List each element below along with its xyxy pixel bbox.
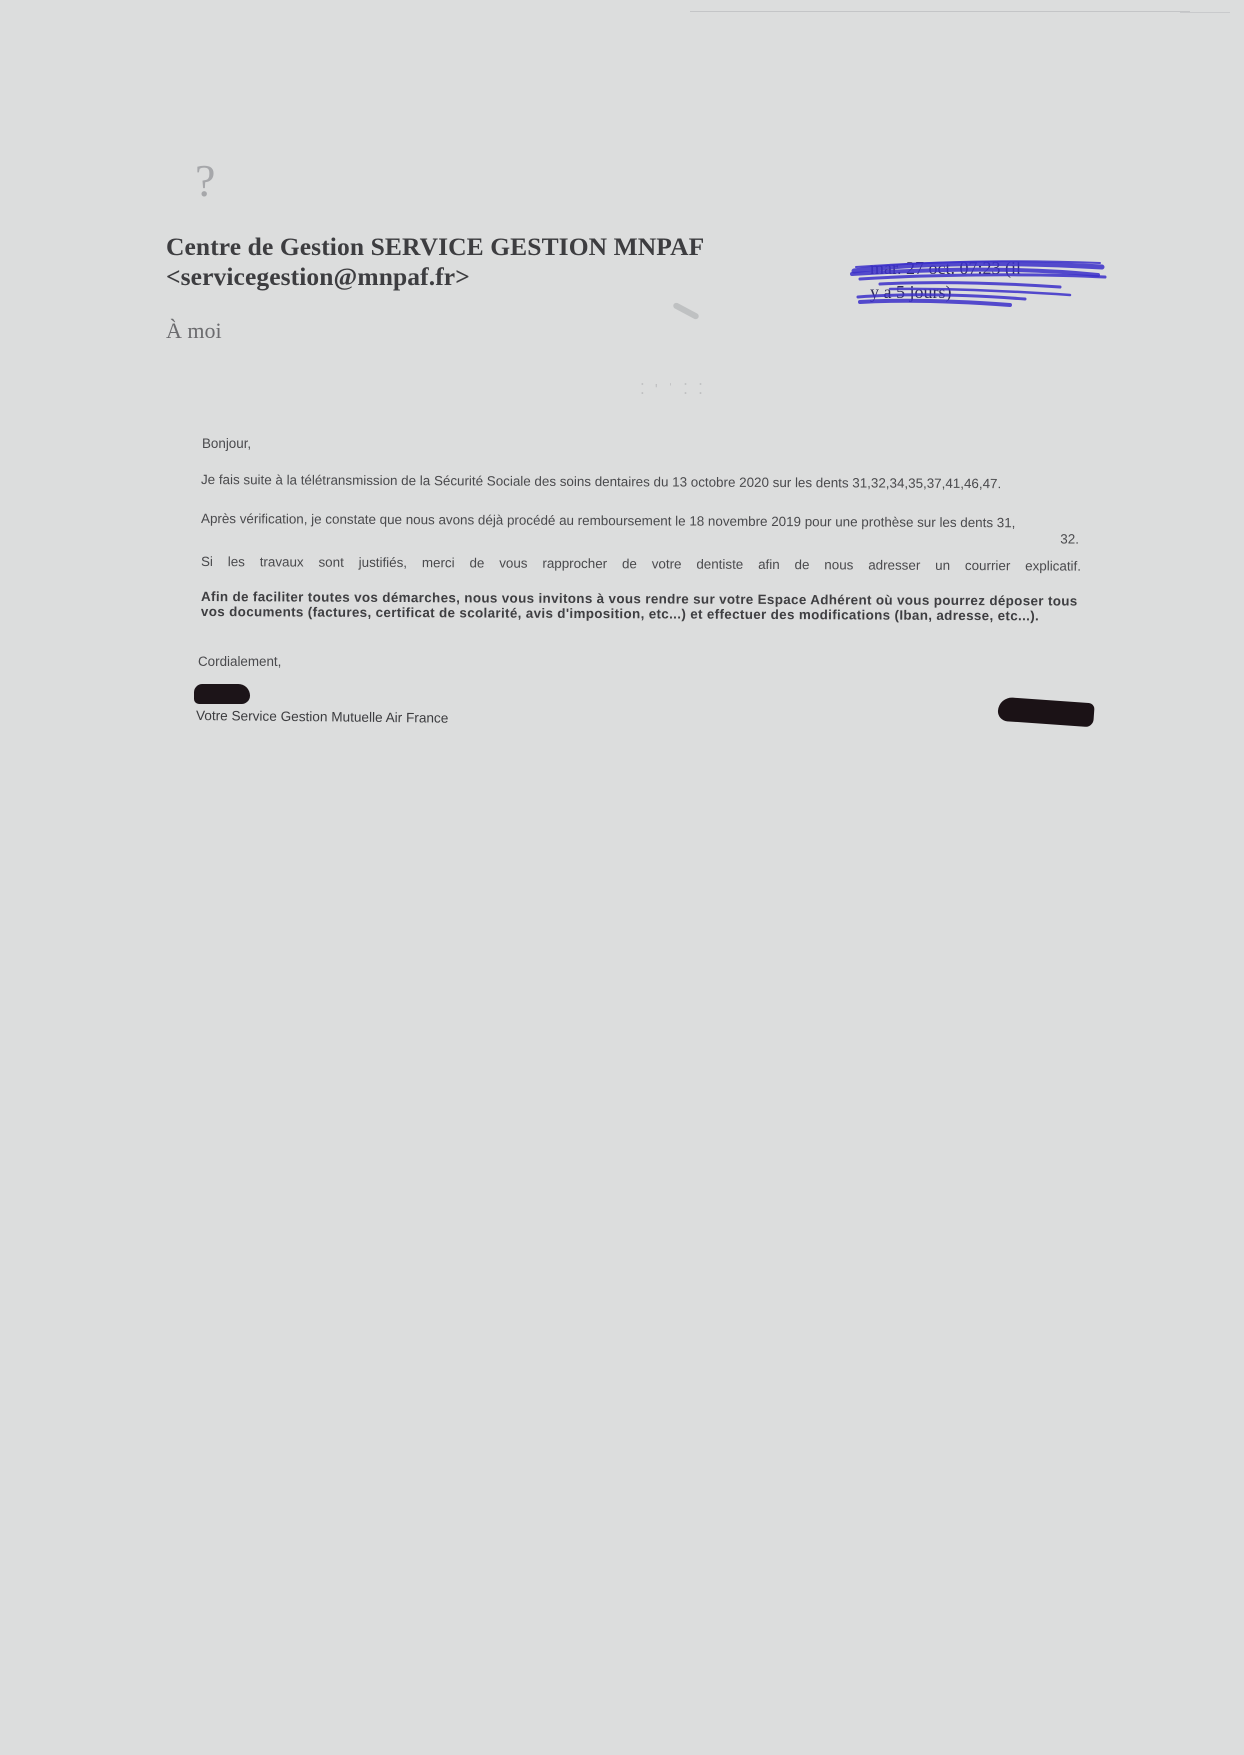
- sender-name: Centre de Gestion SERVICE GESTION MNPAF: [166, 232, 704, 262]
- scan-page-edge: [1180, 12, 1230, 13]
- paragraph-verification-tail: 32.: [201, 527, 1079, 548]
- paragraph-justification: Si les travaux sont justifiés, merci de …: [201, 554, 1081, 575]
- paragraph-teletransmission: Je fais suite à la télétransmission de l…: [201, 472, 1081, 493]
- paragraph-espace-adherent: Afin de faciliter toutes vos démarches, …: [201, 589, 1079, 624]
- redaction-scribble: [850, 255, 1110, 315]
- greeting: Bonjour,: [202, 436, 251, 452]
- sender-avatar-placeholder-icon: ?: [195, 158, 215, 204]
- recipient-label: À moi: [166, 318, 222, 344]
- redacted-marker: [997, 697, 1094, 728]
- sender-header: Centre de Gestion SERVICE GESTION MNPAF …: [166, 232, 704, 292]
- sender-email: <servicegestion@mnpaf.fr>: [166, 262, 704, 292]
- paragraph-verification-main: Après vérification, je constate que nous…: [201, 511, 1015, 530]
- scan-page-edge: [690, 11, 1190, 12]
- scan-artifact: [672, 302, 700, 320]
- redacted-name-marker: [194, 684, 250, 704]
- closing: Cordialement,: [198, 654, 281, 670]
- scan-noise: ⁚ ' ˈ ⁚ ⁚: [640, 380, 706, 398]
- paragraph-verification: Après vérification, je constate que nous…: [201, 511, 1079, 548]
- signature: Votre Service Gestion Mutuelle Air Franc…: [196, 708, 449, 726]
